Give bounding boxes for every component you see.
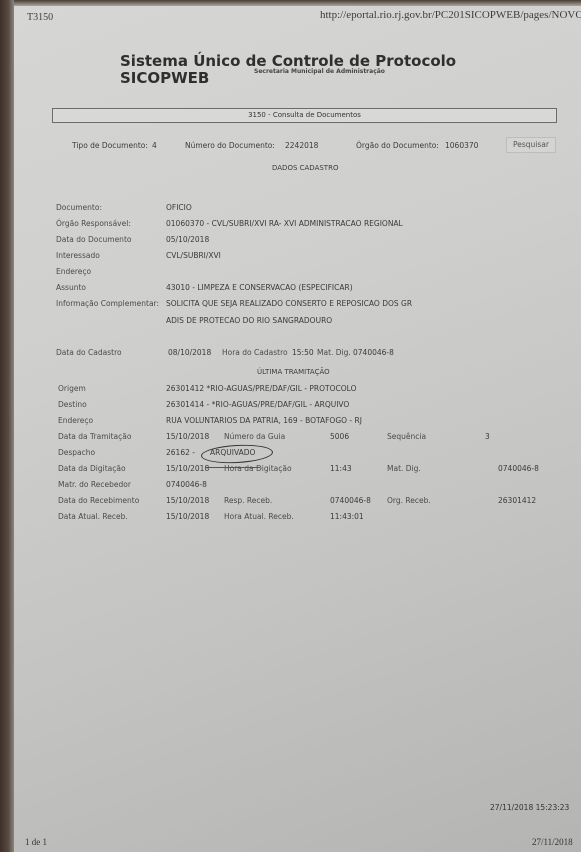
- endereco-tramitacao-label: Endereço: [58, 416, 93, 425]
- hora-digitacao-label: Hora da Digitação: [224, 464, 292, 473]
- app-name: SICOPWEB: [120, 69, 209, 87]
- tipo-documento-value: 4: [152, 141, 157, 150]
- numero-documento-label: Número do Documento:: [185, 141, 275, 150]
- form-code: T3150: [27, 12, 53, 23]
- assunto-value: 43010 - LIMPEZA E CONSERVACAO (ESPECIFIC…: [166, 283, 353, 292]
- print-url: http://eportal.rio.rj.gov.br/PC201SICOPW…: [320, 9, 581, 21]
- sequencia-label: Sequência: [387, 432, 426, 441]
- data-tramitacao-label: Data da Tramitação: [58, 432, 131, 441]
- orgao-responsavel-label: Órgão Responsável:: [56, 219, 131, 228]
- destino-value: 26301414 - *RIO-AGUAS/PRE/DAF/GIL - ARQU…: [166, 400, 349, 409]
- assunto-label: Assunto: [56, 283, 86, 292]
- matr-recebedor-label: Matr. do Recebedor: [58, 480, 131, 489]
- page-count: 1 de 1: [25, 837, 47, 847]
- orgao-responsavel-value: 01060370 - CVL/SUBRI/XVI RA- XVI ADMINIS…: [166, 219, 403, 228]
- mat-dig-cadastro-label: Mat. Dig.: [317, 348, 351, 357]
- hora-atual-receb-value: 11:43:01: [330, 512, 364, 521]
- informacao-complementar-value: SOLICITA QUE SEJA REALIZADO CONSERTO E R…: [166, 299, 412, 308]
- mat-dig-value: 0740046-8: [498, 464, 539, 473]
- data-cadastro-label: Data do Cadastro: [56, 348, 122, 357]
- data-digitacao-value: 15/10/2018: [166, 464, 209, 473]
- screen-title-bar: 3150 - Consulta de Documentos: [52, 108, 557, 123]
- data-cadastro-value: 08/10/2018: [168, 348, 211, 357]
- documento-value: OFICIO: [166, 203, 192, 212]
- tipo-documento-label: Tipo de Documento:: [72, 141, 148, 150]
- mat-dig-label: Mat. Dig.: [387, 464, 421, 473]
- data-tramitacao-value: 15/10/2018: [166, 432, 209, 441]
- data-recebimento-label: Data do Recebimento: [58, 496, 139, 505]
- hora-cadastro-value: 15:50: [292, 348, 314, 357]
- informacao-complementar-line2: ADIS DE PROTECAO DO RIO SANGRADOURO: [166, 316, 332, 325]
- endereco-label: Endereço: [56, 267, 91, 276]
- orgao-documento-label: Órgão do Documento:: [356, 141, 439, 150]
- data-atual-receb-value: 15/10/2018: [166, 512, 209, 521]
- despacho-label: Despacho: [58, 448, 95, 457]
- photo-edge-left: [0, 0, 14, 852]
- hora-atual-receb-label: Hora Atual. Receb.: [224, 512, 294, 521]
- numero-guia-label: Número da Guia: [224, 432, 285, 441]
- hora-cadastro-label: Hora do Cadastro: [222, 348, 288, 357]
- org-receb-value: 26301412: [498, 496, 536, 505]
- orgao-documento-value: 1060370: [445, 141, 478, 150]
- numero-documento-value: 2242018: [285, 141, 318, 150]
- print-date: 27/11/2018: [532, 837, 573, 847]
- interessado-label: Interessado: [56, 251, 100, 260]
- sequencia-value: 3: [485, 432, 490, 441]
- matr-recebedor-value: 0740046-8: [166, 480, 207, 489]
- department-name: Secretaria Municipal de Administração: [254, 68, 385, 75]
- resp-receb-value: 0740046-8: [330, 496, 371, 505]
- photo-edge-top: [0, 0, 581, 6]
- endereco-tramitacao-value: RUA VOLUNTARIOS DA PATRIA, 169 - BOTAFOG…: [166, 416, 362, 425]
- search-button[interactable]: Pesquisar: [506, 137, 556, 153]
- resp-receb-label: Resp. Receb.: [224, 496, 272, 505]
- dados-cadastro-heading: DADOS CADASTRO: [272, 164, 338, 172]
- origem-value: 26301412 *RIO-AGUAS/PRE/DAF/GIL - PROTOC…: [166, 384, 356, 393]
- informacao-complementar-label: Informação Complementar:: [56, 299, 159, 308]
- mat-dig-cadastro-value: 0740046-8: [353, 348, 394, 357]
- handwritten-circle-annotation: [201, 443, 274, 465]
- data-digitacao-label: Data da Digitação: [58, 464, 126, 473]
- numero-guia-value: 5006: [330, 432, 349, 441]
- origem-label: Origem: [58, 384, 86, 393]
- hora-digitacao-value: 11:43: [330, 464, 352, 473]
- handwritten-strike-annotation: [205, 467, 260, 468]
- despacho-code: 26162 -: [166, 448, 195, 457]
- org-receb-label: Org. Receb.: [387, 496, 431, 505]
- data-documento-value: 05/10/2018: [166, 235, 209, 244]
- data-documento-label: Data do Documento: [56, 235, 131, 244]
- data-atual-receb-label: Data Atual. Receb.: [58, 512, 128, 521]
- documento-label: Documento:: [56, 203, 102, 212]
- destino-label: Destino: [58, 400, 87, 409]
- page-timestamp: 27/11/2018 15:23:23: [490, 803, 569, 812]
- ultima-tramitacao-heading: ÚLTIMA TRAMITAÇÃO: [257, 368, 330, 376]
- interessado-value: CVL/SUBRI/XVI: [166, 251, 221, 260]
- data-recebimento-value: 15/10/2018: [166, 496, 209, 505]
